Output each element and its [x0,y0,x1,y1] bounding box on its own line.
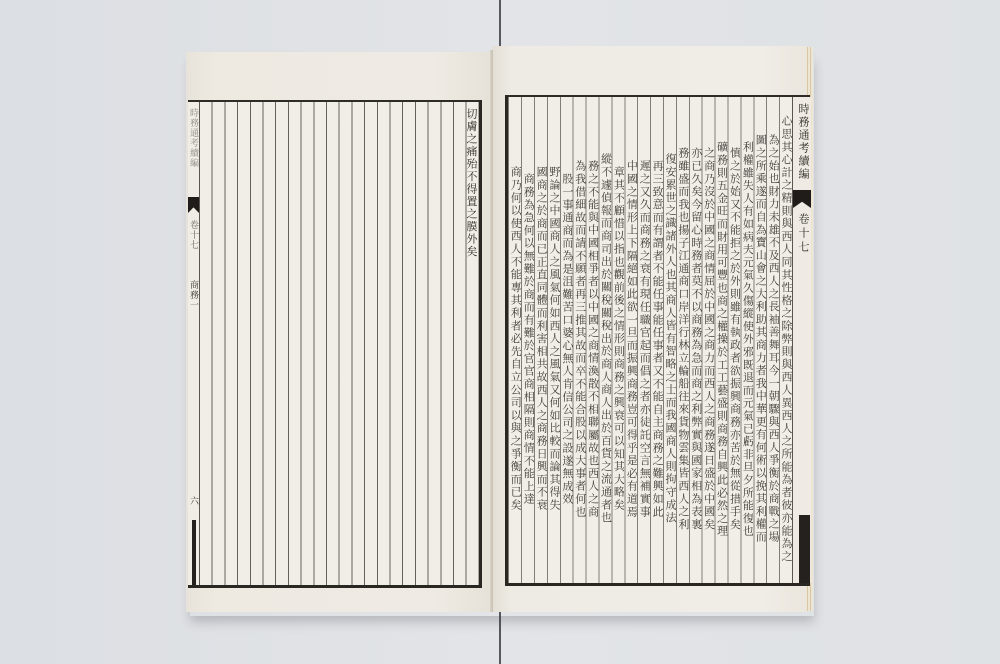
text-column: 亦已久矣今留心時務者莫不以商務為急而商之利弊實與國家相為表裏 [689,99,702,579]
text-column: 商乃何以使西人不能專其利者必先自立公司以與之爭衡而已矣 [508,99,521,579]
right-banxin-title: 時務通考續編 [795,103,809,187]
right-banxin-volume: 卷十七 [795,213,809,269]
right-banxin: 時務通考續編 卷十七 [792,97,811,583]
text-column: 股一事通商而為是沮難苦口婆心無人肯信公司之設遂無成效 [560,99,573,579]
left-page-text-column: 切膚之痛殆不得置之膜外矣 [464,108,477,268]
text-column: 心思其心計之精則與西人同其性格之除弊則與西人異西人之所能為者彼亦能為之 [779,99,792,579]
right-page-frame: 心思其心計之精則與西人同其性格之除弊則與西人異西人之所能為者彼亦能為之 為之始也… [505,95,810,586]
text-column: 務之不能與中國相爭者以中國之商情渙散不相聯屬故也西人之商 [586,99,599,579]
text-column: 礦務則五金旺而財用可豐也商之權操於工工藝盛則商務自興此必然之理 [715,99,728,579]
left-page-number: 六 [189,496,199,510]
left-banxin: 時務通考續編 卷十七 商務一 六 [188,102,200,585]
text-column: 再三致意而有謂者不能任事能任事者又不能自主商務之難興如此 [650,99,663,579]
right-page-text: 心思其心計之精則與西人同其性格之除弊則與西人異西人之所能為者彼亦能為之 為之始也… [508,99,792,579]
left-banxin-section: 商務一 [189,280,199,324]
right-black-mouth-bar [799,515,810,583]
text-column: 為之始也財力未雄不及西人之長袖善舞耳今一朝驟與西人爭衡於商戰之場 [766,99,779,579]
text-column: 圖之所乘遂而自為寶山會之大利助其商力者我中華更有何術以挽其利權而 [753,99,766,579]
text-column: 復安累世之識諸外人也其商人皆有智略之士而我國商人則拘守成法 [663,99,676,579]
fishtail-mark-icon [188,197,199,213]
text-column: 章其不顧惜以指也觀前後之情形則商務之興衰可以知其大略矣 [612,99,625,579]
text-column: 野論之中國商人之風氣何如西人之風氣又何如比較而論其得失 [547,99,560,579]
text-column: 商務為急何以無難於商而有難於官官商相隔則商情不能上達 [521,99,534,579]
text-column: 為我借細故而請不願者再三推其故而卒不能合股以成大事者何也 [573,99,586,579]
left-banxin-title: 時務通考續編 [189,108,199,194]
left-ruled-columns [200,102,479,585]
left-banxin-volume: 卷十七 [189,220,199,270]
text-column: 之商乃沒於中國之商情屈於中國之商力而西人之商務遂日盛於中國矣 [702,99,715,579]
text-column: 國商之於商而已正直同體而利害相共故西人之商務日興而不衰 [534,99,547,579]
text-column: 利權雖失人有如病夫元氣久傷縱使外邪既退而元氣已虧非旦夕所能復也 [740,99,753,579]
left-black-mouth-bar [192,520,196,585]
left-page-frame: 時務通考續編 卷十七 商務一 六 切膚之痛殆不得置之膜外矣 [188,100,482,588]
table-seam-bottom [499,610,501,664]
text-column: 縱不遽偵報而商司出於關稅關稅出於商人商人出於百貨之流通者也 [599,99,612,579]
fishtail-mark-icon [793,190,811,208]
text-column: 慎之於始又不能拒之於外則雖有執政者欲振興商務亦苦於無從措手矣 [728,99,741,579]
text-column: 中國之情形上下隔絕如此欲一旦而振興商務豈可得乎是必有道焉 [624,99,637,579]
text-column: 務雖盛而我也揚子江通商口岸洋行林立輪船往來貨物雲集皆西人之利 [676,99,689,579]
text-column: 遲之又久而商務之衰有現任職官起而倡之者亦徒託空言無補實事 [637,99,650,579]
